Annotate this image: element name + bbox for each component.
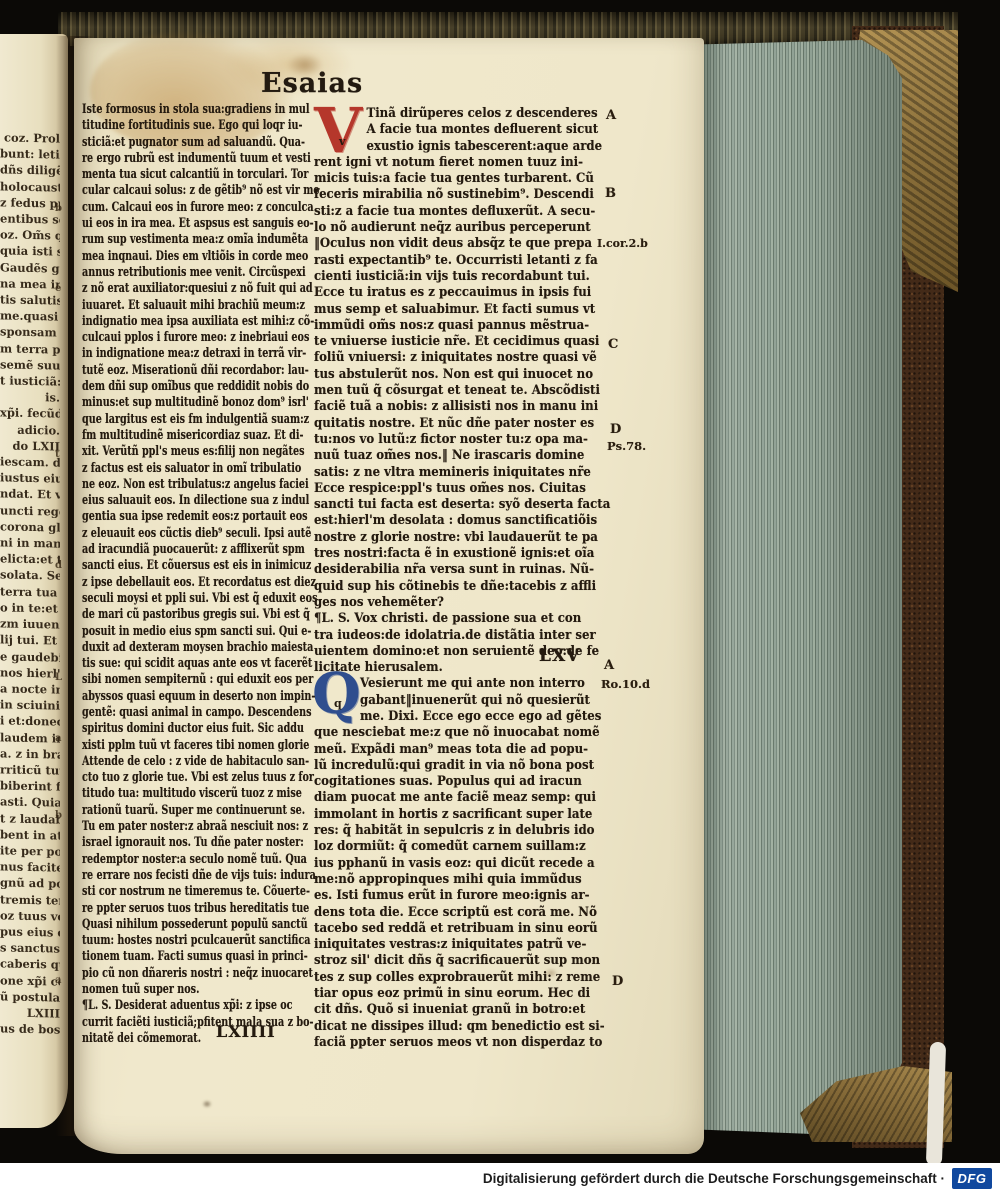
text-line: me.quasi spõ	[0, 308, 60, 325]
text-line: b	[55, 203, 62, 214]
text-line: rriticũ tuuz vl	[0, 761, 60, 778]
text-line: elicta:et terra	[0, 551, 60, 568]
text-line: ni in manu dei	[0, 534, 60, 551]
main-page: Esaias V v Q q Iste formosus in stola su…	[74, 38, 704, 1154]
text-line: b	[55, 810, 62, 821]
text-line: ũ postulatio.	[0, 988, 60, 1005]
text-line: e	[55, 283, 61, 294]
text-line: t z laudabunt	[0, 810, 60, 827]
page-fore-edge	[702, 40, 902, 1134]
dfg-logo: DFG	[952, 1168, 992, 1189]
text-line: t	[55, 449, 60, 460]
text-line: D	[612, 974, 623, 989]
text-line: terra tua inha	[0, 583, 60, 600]
text-line: oz tuus venit	[0, 907, 60, 924]
margin-reference-notes: ABI.cor.2.bCDPs.78.ARo.10.dD	[74, 38, 704, 1154]
text-line: corona glorie	[0, 518, 60, 535]
text-line: do LXII	[0, 437, 60, 454]
credit-text: Digitalisierung gefördert durch die Deut…	[483, 1171, 945, 1186]
text-line: one xp̃i cõme	[0, 972, 60, 989]
text-line: entibus semẽ	[0, 210, 60, 227]
text-line: a	[55, 733, 61, 744]
text-line: C	[608, 337, 618, 352]
text-line: adicio.	[0, 421, 60, 438]
text-line: in sciuini tẽt:	[0, 696, 60, 713]
text-line: i et:donec stabi	[0, 713, 60, 730]
text-line: bent in atrijs	[0, 826, 60, 843]
text-line: a	[55, 975, 61, 986]
text-line: xp̃i. fecũditas	[0, 405, 60, 422]
text-line: zm iuuenis cuz	[0, 615, 60, 632]
scanned-book-photo: coz. Prolbunt: letitiadñs diligẽsholocau…	[0, 0, 1000, 1194]
text-line: nos hierl'm con	[0, 664, 60, 681]
text-line: solata. Sed vo	[0, 567, 60, 584]
text-line: iustus eius. et	[0, 470, 60, 487]
text-line: A	[606, 108, 616, 123]
text-line: bunt: letitia	[0, 146, 60, 163]
text-line: dñs diligẽs	[0, 162, 60, 179]
text-line: pus eius con	[0, 923, 60, 940]
text-line: holocaustũ.	[0, 178, 60, 195]
text-line: us de bosra	[0, 1021, 60, 1038]
text-line: semẽ suuz ger	[0, 356, 60, 373]
text-line: na mea in deo	[0, 275, 60, 292]
text-line: I.cor.2.b	[597, 237, 648, 250]
opposite-page-text: coz. Prolbunt: letitiadñs diligẽsholocau…	[0, 129, 63, 1060]
text-line: lij tui. Et gau	[0, 632, 60, 649]
text-line: tis salutis et	[0, 291, 60, 308]
text-line: uncti reges in	[0, 502, 60, 519]
text-line: laudem in ter	[0, 729, 60, 746]
text-line: ite per portas	[0, 842, 60, 859]
text-line: d	[55, 560, 62, 571]
text-line: biberint filij ali	[0, 777, 60, 794]
text-line: tremis terre	[0, 891, 60, 908]
text-line: A	[604, 658, 614, 673]
text-line: oz. Om̃s qui	[0, 227, 60, 244]
text-line: LXIII	[0, 1004, 60, 1021]
text-line: a nocte in ppe	[0, 680, 60, 697]
text-line: coz. Prol	[0, 129, 60, 146]
text-line: sponsam orna	[0, 324, 60, 341]
text-line: z fedus ppo	[0, 194, 60, 211]
text-line: a. z in brachio	[0, 745, 60, 762]
text-line: Gaudẽs gau	[0, 259, 60, 276]
text-line: ndat. Et vide	[0, 486, 60, 503]
text-line: D	[610, 422, 621, 437]
text-line: m terra pfert	[0, 340, 60, 357]
text-line: nus facite iter	[0, 858, 60, 875]
text-line: Ps.78.	[607, 439, 646, 453]
text-line: e gaudebit sup	[0, 648, 60, 665]
text-line: o in te:et terra	[0, 599, 60, 616]
text-line: s sanctus: re	[0, 939, 60, 956]
text-line: asti. Quia qui	[0, 794, 60, 811]
text-line: L	[55, 672, 62, 683]
text-line: quia isti sunt	[0, 243, 60, 260]
text-line: t iusticiã:lau	[0, 372, 60, 389]
text-line: Ro.10.d	[601, 677, 650, 691]
text-line: gnũ ad popu	[0, 875, 60, 892]
text-line: B	[605, 186, 616, 201]
text-line: iescam. donec	[0, 453, 60, 470]
digitization-credit-banner: Digitalisierung gefördert durch die Deut…	[0, 1163, 1000, 1194]
text-line: caberis quesi	[0, 956, 60, 973]
text-line: is.	[0, 389, 60, 406]
